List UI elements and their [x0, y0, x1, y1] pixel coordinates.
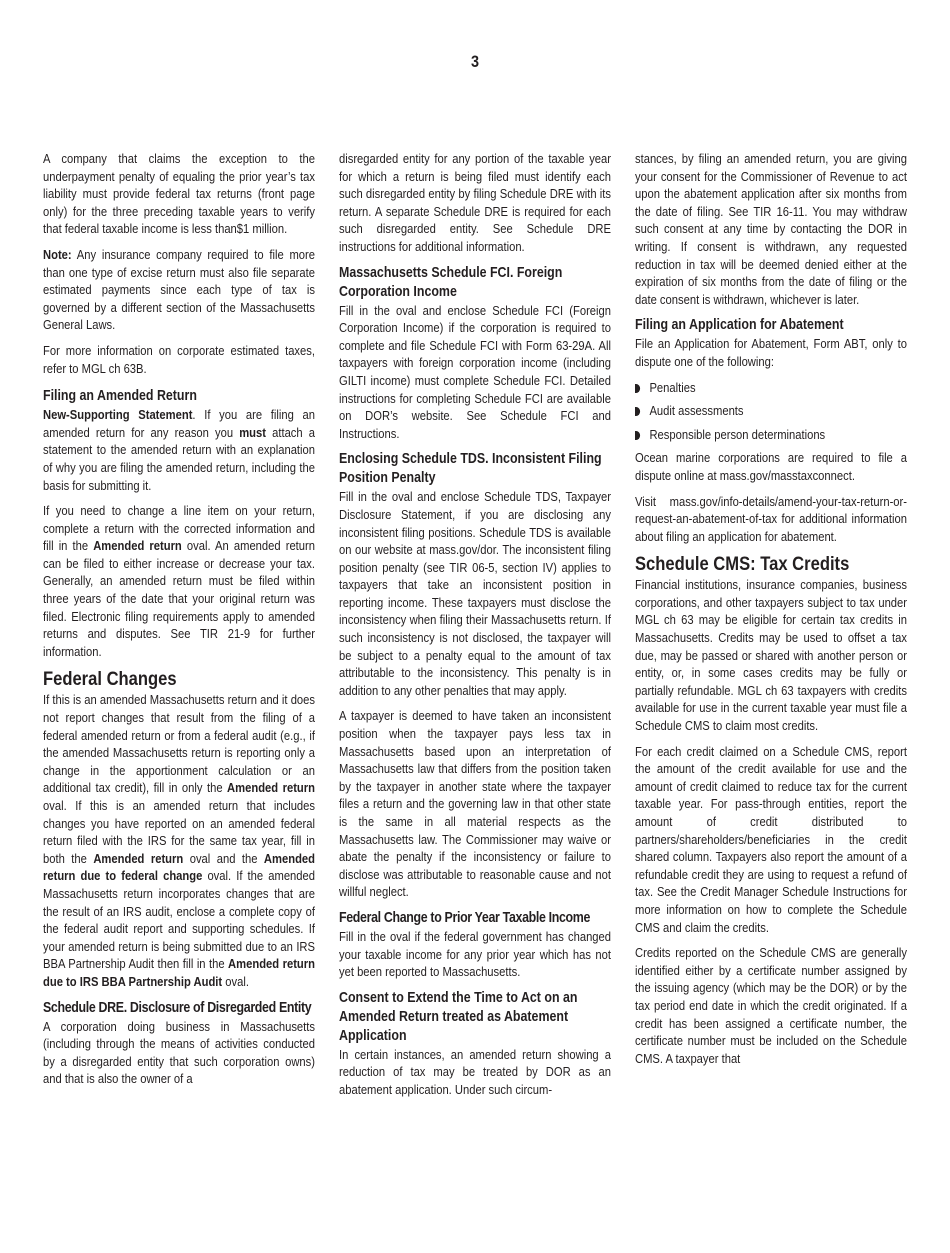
half-circle-bullet-icon: [635, 431, 640, 440]
ocean-marine-paragraph: Ocean marine corporations are required t…: [635, 449, 907, 484]
abatement-intro-paragraph: File an Application for Abatement, Form …: [635, 335, 907, 370]
visit-website-paragraph: Visit mass.gov/info-details/amend-your-t…: [635, 493, 907, 546]
amended-return-heading: Filing an Amended Return: [43, 387, 315, 406]
schedule-cms-heading: Schedule CMS: Tax Credits: [635, 553, 907, 575]
schedule-tds-paragraph: Fill in the oval and enclose Schedule TD…: [339, 488, 611, 699]
half-circle-bullet-icon: [635, 407, 640, 416]
consent-extend-heading: Consent to Extend the Time to Act on an …: [339, 989, 611, 1046]
schedule-dre-paragraph: A corporation doing business in Massachu…: [43, 1018, 315, 1088]
page-number: 3: [71, 52, 879, 72]
cms-certificate-paragraph: Credits reported on the Schedule CMS are…: [635, 944, 907, 1067]
schedule-dre-heading: Schedule DRE. Disclosure of Disregarded …: [43, 999, 315, 1018]
schedule-fci-paragraph: Fill in the oval and enclose Schedule FC…: [339, 302, 611, 443]
prior-year-income-paragraph: Fill in the oval if the federal governme…: [339, 928, 611, 981]
consent-extend-paragraph: In certain instances, an amended return …: [339, 1046, 611, 1099]
federal-changes-paragraph: If this is an amended Massachusetts retu…: [43, 691, 315, 990]
abatement-dispute-list: Penalties Audit assessments Responsible …: [635, 379, 907, 444]
prior-year-income-heading: Federal Change to Prior Year Taxable Inc…: [339, 909, 611, 928]
column-2: disregarded entity for any portion of th…: [339, 150, 611, 1107]
cms-reporting-paragraph: For each credit claimed on a Schedule CM…: [635, 743, 907, 937]
note-label: Note:: [43, 247, 72, 262]
list-item: Audit assessments: [635, 402, 907, 420]
list-item: Penalties: [635, 379, 907, 397]
cms-eligibility-paragraph: Financial institutions, insurance compan…: [635, 576, 907, 734]
line-item-change-paragraph: If you need to change a line item on you…: [43, 502, 315, 660]
insurance-note-paragraph: Note: Any insurance company required to …: [43, 246, 315, 334]
estimated-taxes-paragraph: For more information on corporate estima…: [43, 342, 315, 377]
penalty-exception-paragraph: A company that claims the exception to t…: [43, 150, 315, 238]
supporting-statement-paragraph: New-Supporting Statement. If you are fil…: [43, 406, 315, 494]
column-3: stances, by filing an amended return, yo…: [635, 150, 907, 1075]
schedule-dre-continued-paragraph: disregarded entity for any portion of th…: [339, 150, 611, 256]
schedule-fci-heading: Massachusetts Schedule FCI. Foreign Corp…: [339, 264, 611, 302]
inconsistent-position-paragraph: A taxpayer is deemed to have taken an in…: [339, 707, 611, 901]
column-1: A company that claims the exception to t…: [43, 150, 315, 1096]
schedule-tds-heading: Enclosing Schedule TDS. Inconsistent Fil…: [339, 450, 611, 488]
list-item: Responsible person determinations: [635, 426, 907, 444]
consent-continued-paragraph: stances, by filing an amended return, yo…: [635, 150, 907, 308]
half-circle-bullet-icon: [635, 384, 640, 393]
federal-changes-heading: Federal Changes: [43, 668, 315, 690]
abatement-heading: Filing an Application for Abatement: [635, 316, 907, 335]
